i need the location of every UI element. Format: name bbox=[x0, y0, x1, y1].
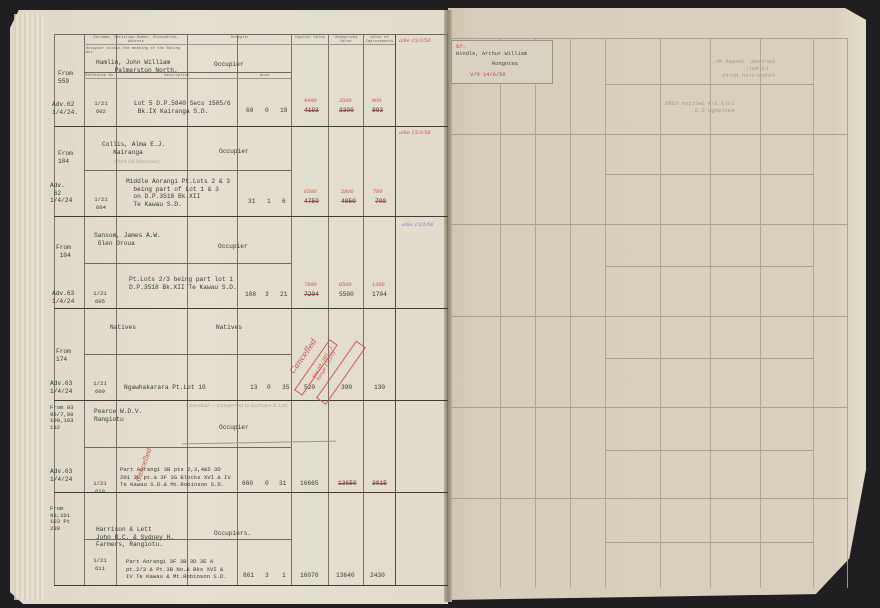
header-owner-note: Occupier within the meaning of the Ratin… bbox=[86, 47, 186, 55]
pasted-owner-slip: 97. Hindle, Arthur William Rongotea V/O … bbox=[451, 40, 553, 84]
entry-adv-date: Adv.63 1/4/24 bbox=[50, 468, 72, 483]
entry-unimproved-value: 13650 bbox=[338, 480, 357, 487]
entry-improvements: 2430 bbox=[370, 572, 385, 580]
entry-description: Pt.Lots 2/3 being part lot 1 D.P.3518 Bk… bbox=[129, 276, 237, 291]
entry-reference: 1/21 605 bbox=[87, 290, 113, 305]
entry-reference: 1/21 610 bbox=[87, 480, 113, 495]
entry-capital-value: 7204 bbox=[304, 291, 319, 298]
revised-improvements: 700 bbox=[373, 189, 383, 195]
revised-capital: 4400 bbox=[304, 98, 317, 104]
entry-owner: Natives bbox=[110, 324, 136, 332]
entry-unimproved-value: 4050 bbox=[341, 198, 356, 205]
entry-occupier: Occupier bbox=[214, 61, 244, 69]
entry-unimproved-value: 3300 bbox=[339, 107, 354, 114]
entry-area-acres: 13 bbox=[250, 384, 257, 392]
revised-improvements: 900 bbox=[372, 98, 382, 104]
revised-unimproved: 3500 bbox=[339, 98, 352, 104]
entry-area-roods: 0 bbox=[265, 107, 269, 115]
pencil-note: Cancelled — transferred to Harrison & Le… bbox=[186, 404, 288, 409]
entry-unimproved-value: 5500 bbox=[339, 291, 354, 299]
entry-reference: 1/21 609 bbox=[87, 380, 113, 395]
entry-reference: 1/21 602 bbox=[88, 100, 114, 115]
margin-note: a/8e 15/1/56 bbox=[402, 222, 434, 228]
entry-improvements: 3015 bbox=[372, 480, 387, 487]
entry-area-acres: 108 bbox=[245, 291, 256, 299]
bleed-through-description: Lots 3/4 Section 1585 Kairanga S.D. bbox=[665, 100, 734, 114]
revised-capital: 6500 bbox=[304, 189, 317, 195]
entry-area-acres: 60 bbox=[246, 107, 253, 115]
entry-owner: Hamlin, John William Palmerston North. bbox=[96, 59, 178, 74]
entry-from: From 174 bbox=[56, 348, 71, 363]
entry-area-perches: 1 bbox=[282, 572, 286, 580]
entry-adv-date: Adv. 62 1/4/24 bbox=[50, 182, 72, 205]
header-reference: Reference No. bbox=[85, 74, 116, 78]
entry-from: From 93 95/7,98 100,103 132 bbox=[50, 405, 74, 431]
entry-area-roods: 1 bbox=[267, 198, 271, 206]
entry-capital-value: 16070 bbox=[300, 572, 319, 580]
pencil-note: (Part 48 Manawa) bbox=[114, 159, 160, 165]
header-unimproved-value: Unimproved Value bbox=[329, 36, 363, 44]
entry-area-perches: 21 bbox=[280, 291, 287, 299]
header-improvements: Value of Improvements bbox=[364, 36, 395, 44]
slip-number: 97. bbox=[456, 44, 466, 50]
entry-unimproved-value: 390 bbox=[341, 384, 352, 392]
margin-note: a/8e 15/1/56 bbox=[399, 38, 431, 44]
margin-note: a/8e 15/1/56 bbox=[399, 130, 431, 136]
right-ledger-table: Garnham, Joseph Mc. Farmer, Palmerston N… bbox=[450, 38, 850, 588]
entry-capital-value: 4193 bbox=[304, 107, 319, 114]
revised-unimproved: 5800 bbox=[341, 189, 354, 195]
bleed-through-owner: Garnham, Joseph Mc. Farmer, Palmerston N… bbox=[712, 58, 775, 79]
header-occupier: Occupier bbox=[189, 36, 291, 40]
entry-owner: Harrison & Lett John R.C. & Sydney H. Fa… bbox=[96, 526, 174, 549]
entry-improvements: 893 bbox=[372, 107, 383, 114]
entry-occupier: Occupier bbox=[219, 424, 249, 432]
entry-area-perches: 18 bbox=[280, 107, 287, 115]
pencil-underline bbox=[182, 441, 336, 445]
entry-area-roods: 3 bbox=[265, 572, 269, 580]
entry-occupier: Natives bbox=[216, 324, 242, 332]
entry-description: Ngawhakarara Pt.Lot 10 bbox=[124, 384, 206, 392]
entry-description: Lot 5 D.P.5840 Secs 1585/6 Bk.IX Kairang… bbox=[134, 100, 231, 115]
entry-area-acres: 660 bbox=[242, 480, 253, 488]
entry-from: From 104 bbox=[56, 244, 71, 259]
entry-capital-value: 4750 bbox=[304, 198, 319, 205]
entry-adv-date: Adv.62 1/4/24. bbox=[52, 101, 78, 116]
entry-improvements: 130 bbox=[374, 384, 385, 392]
entry-owner: Pearce W.D.V. Rangiotu bbox=[94, 408, 142, 423]
entry-area-roods: 3 bbox=[265, 291, 269, 299]
entry-capital-value: 16665 bbox=[300, 480, 319, 488]
revised-capital: 7800 bbox=[304, 282, 317, 288]
entry-area-perches: 35 bbox=[282, 384, 289, 392]
entry-area-acres: 861 bbox=[243, 572, 254, 580]
entry-description: Part Aorangi 3F 3B 3D 3E A pt.2/3 & Pt.3… bbox=[126, 558, 227, 581]
entry-reference: 1/21 611 bbox=[87, 557, 113, 572]
entry-description: Middle Aorangi Pt.Lots 2 & 3 being part … bbox=[126, 178, 230, 208]
page-edges bbox=[14, 14, 44, 600]
entry-from: From 559 bbox=[58, 70, 73, 85]
slip-address: Rongotea bbox=[492, 61, 518, 67]
entry-area-acres: 31 bbox=[248, 198, 255, 206]
entry-improvements: 700 bbox=[375, 198, 386, 205]
entry-adv-date: Adv.63 1/4/24 bbox=[50, 380, 72, 395]
header-description: Description bbox=[117, 74, 237, 78]
entry-reference: 1/21 604 bbox=[88, 196, 114, 211]
entry-unimproved-value: 13640 bbox=[336, 572, 355, 580]
header-capital-value: Capital Value bbox=[292, 36, 328, 40]
slip-owner: Hindle, Arthur William bbox=[456, 51, 527, 57]
header-area: Area bbox=[238, 74, 291, 78]
ledger-spread: Surname, Christian Names, Occupation, Ad… bbox=[0, 0, 880, 608]
entry-from: From 104 bbox=[58, 150, 73, 165]
entry-area-perches: 6 bbox=[282, 198, 286, 206]
entry-owner: Sansom, James A.W. Glen Oroua bbox=[94, 232, 161, 247]
entry-occupier: Occupiers. bbox=[214, 530, 251, 538]
left-ledger-table: Surname, Christian Names, Occupation, Ad… bbox=[54, 34, 448, 586]
entry-owner: Collis, Alma E.J. Kairanga bbox=[102, 141, 165, 156]
entry-adv-date: Adv.63 1/4/24 bbox=[52, 290, 74, 305]
entry-improvements: 1704 bbox=[372, 291, 387, 299]
entry-area-perches: 31 bbox=[279, 480, 286, 488]
entry-occupier: Occupier bbox=[218, 243, 248, 251]
slip-valuation-date: V/O 14/6/56 bbox=[470, 72, 506, 78]
entry-area-roods: 0 bbox=[267, 384, 271, 392]
entry-from: From 93,101 103 Pt 238 bbox=[50, 506, 70, 532]
entry-area-roods: 0 bbox=[265, 480, 269, 488]
revised-unimproved: 6500 bbox=[339, 282, 352, 288]
revised-improvements: 1300 bbox=[372, 282, 385, 288]
header-owner: Surname, Christian Names, Occupation, Ad… bbox=[86, 36, 186, 44]
entry-occupier: Occupier bbox=[219, 148, 249, 156]
